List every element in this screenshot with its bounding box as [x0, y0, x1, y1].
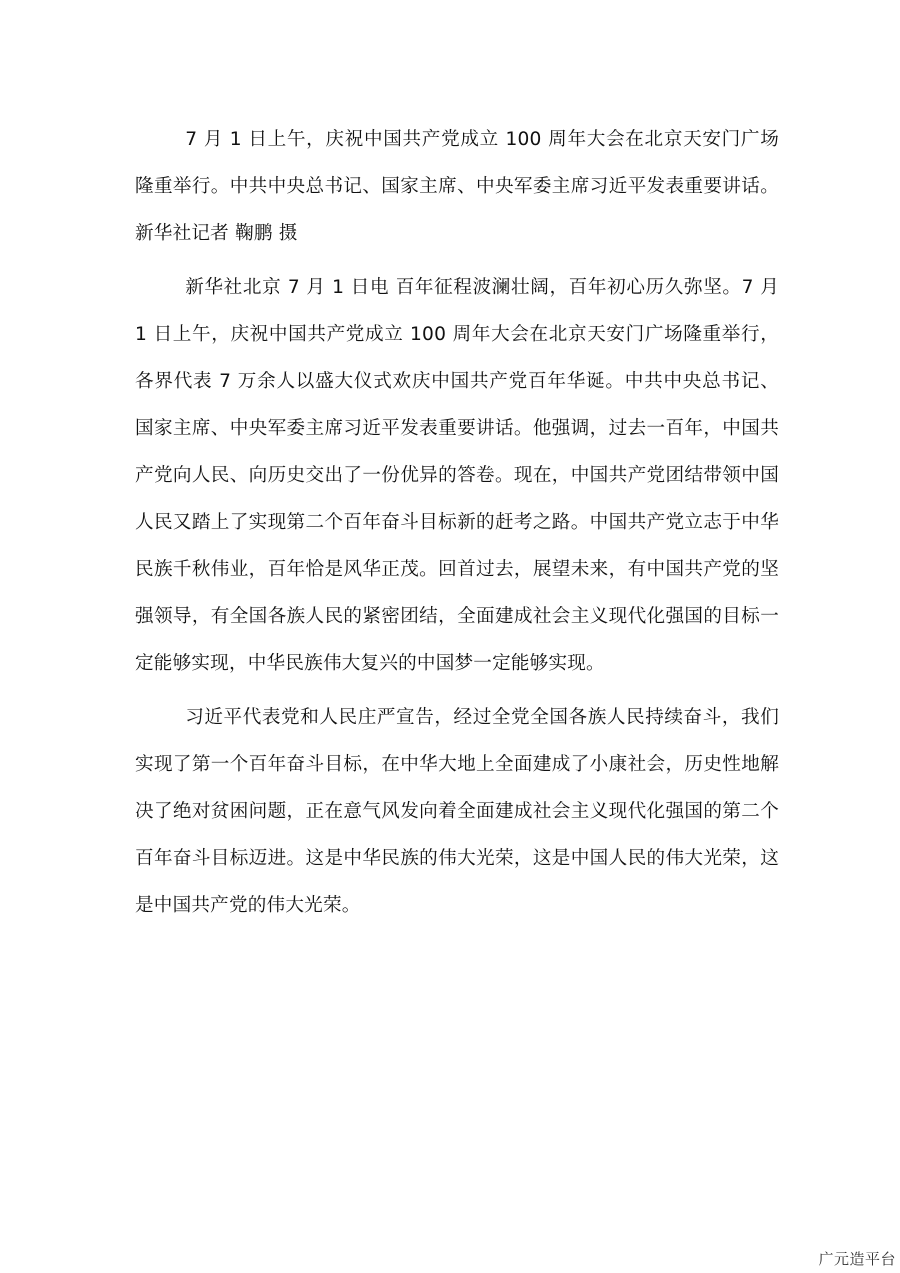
- watermark: 广元造平台: [818, 1248, 896, 1269]
- photo-caption-paragraph: 7 月 1 日上午，庆祝中国共产党成立 100 周年大会在北京天安门广场隆重举行…: [135, 116, 779, 257]
- declaration-paragraph: 习近平代表党和人民庄严宣告，经过全党全国各族人民持续奋斗，我们实现了第一个百年奋…: [135, 694, 779, 929]
- news-lead-paragraph: 新华社北京 7 月 1 日电 百年征程波澜壮阔，百年初心历久弥坚。7 月 1 日…: [135, 264, 779, 687]
- document-body: 7 月 1 日上午，庆祝中国共产党成立 100 周年大会在北京天安门广场隆重举行…: [135, 116, 779, 936]
